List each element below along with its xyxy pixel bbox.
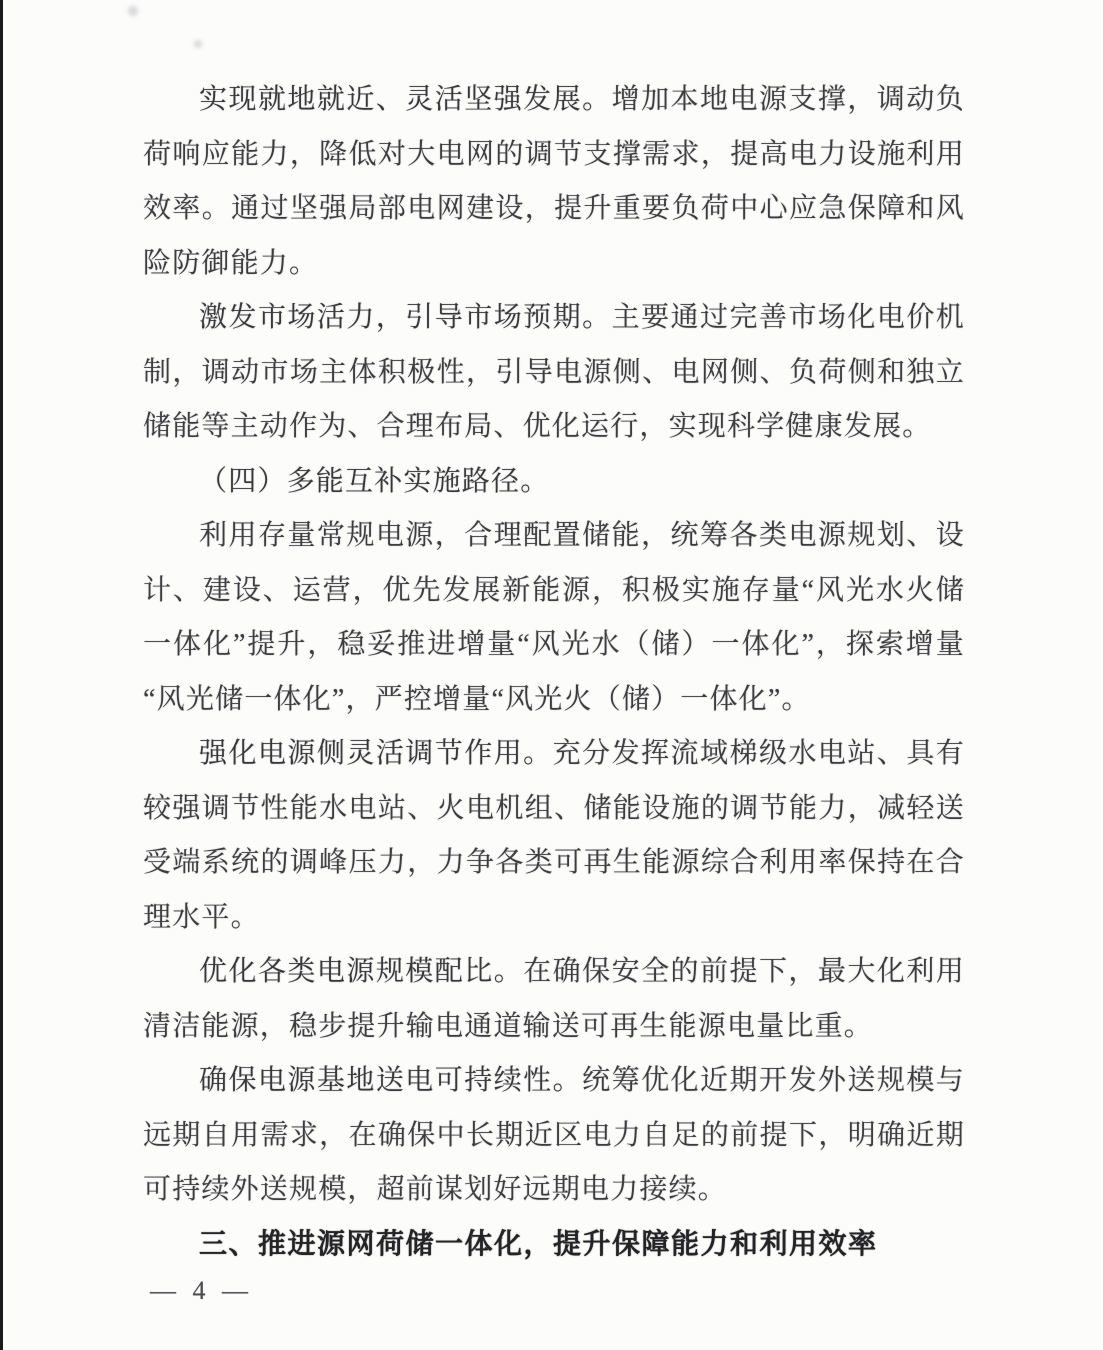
subheading-section-4-implementation-path: （四）多能互补实施路径。: [143, 455, 965, 510]
page-footer: — 4 —: [150, 1276, 253, 1306]
paragraph-existing-power-sources: 利用存量常规电源，合理配置储能，统筹各类电源规划、设计、建设、运营，优先发展新能…: [143, 509, 965, 727]
scan-speck: [128, 6, 138, 16]
paragraph-source-side-regulation: 强化电源侧灵活调节作用。充分发挥流域梯级水电站、具有较强调节性能水电站、火电机组…: [143, 727, 965, 945]
subheading-text: （四）多能互补实施路径。: [199, 466, 549, 497]
scanned-document-page: 实现就地就近、灵活坚强发展。增加本地电源支撑，调动负荷响应能力，降低对大电网的调…: [0, 0, 1103, 1350]
paragraph-sustainable-power-delivery: 确保电源基地送电可持续性。统筹优化近期开发外送规模与远期自用需求，在确保中长期近…: [143, 1054, 965, 1218]
heading-section-3-source-grid-load-storage: 三、推进源网荷储一体化，提升保障能力和利用效率: [143, 1218, 965, 1273]
document-body: 实现就地就近、灵活坚强发展。增加本地电源支撑，调动负荷响应能力，降低对大电网的调…: [143, 73, 965, 1272]
scan-edge-artifact: [0, 0, 3, 1350]
paragraph-optimize-power-mix: 优化各类电源规模配比。在确保安全的前提下，最大化利用清洁能源，稳步提升输电通道输…: [143, 945, 965, 1054]
topic-sentence: 实现就地就近、灵活坚强发展。: [199, 84, 612, 115]
heading-text: 三、推进源网荷储一体化，提升保障能力和利用效率: [199, 1229, 878, 1260]
paragraph-text: 利用存量常规电源，合理配置储能，统筹各类电源规划、设计、建设、运营，优先发展新能…: [143, 520, 965, 715]
topic-sentence: 激发市场活力，引导市场预期。: [199, 302, 612, 333]
page-number: — 4 —: [150, 1276, 253, 1305]
topic-sentence: 优化各类电源规模配比。: [199, 956, 523, 987]
topic-sentence: 确保电源基地送电可持续性。: [199, 1065, 582, 1096]
scan-speck: [194, 40, 202, 48]
paragraph-local-flexible-development: 实现就地就近、灵活坚强发展。增加本地电源支撑，调动负荷响应能力，降低对大电网的调…: [143, 73, 965, 291]
topic-sentence: 强化电源侧灵活调节作用。: [199, 738, 553, 769]
paragraph-market-vitality: 激发市场活力，引导市场预期。主要通过完善市场化电价机制，调动市场主体积极性，引导…: [143, 291, 965, 455]
